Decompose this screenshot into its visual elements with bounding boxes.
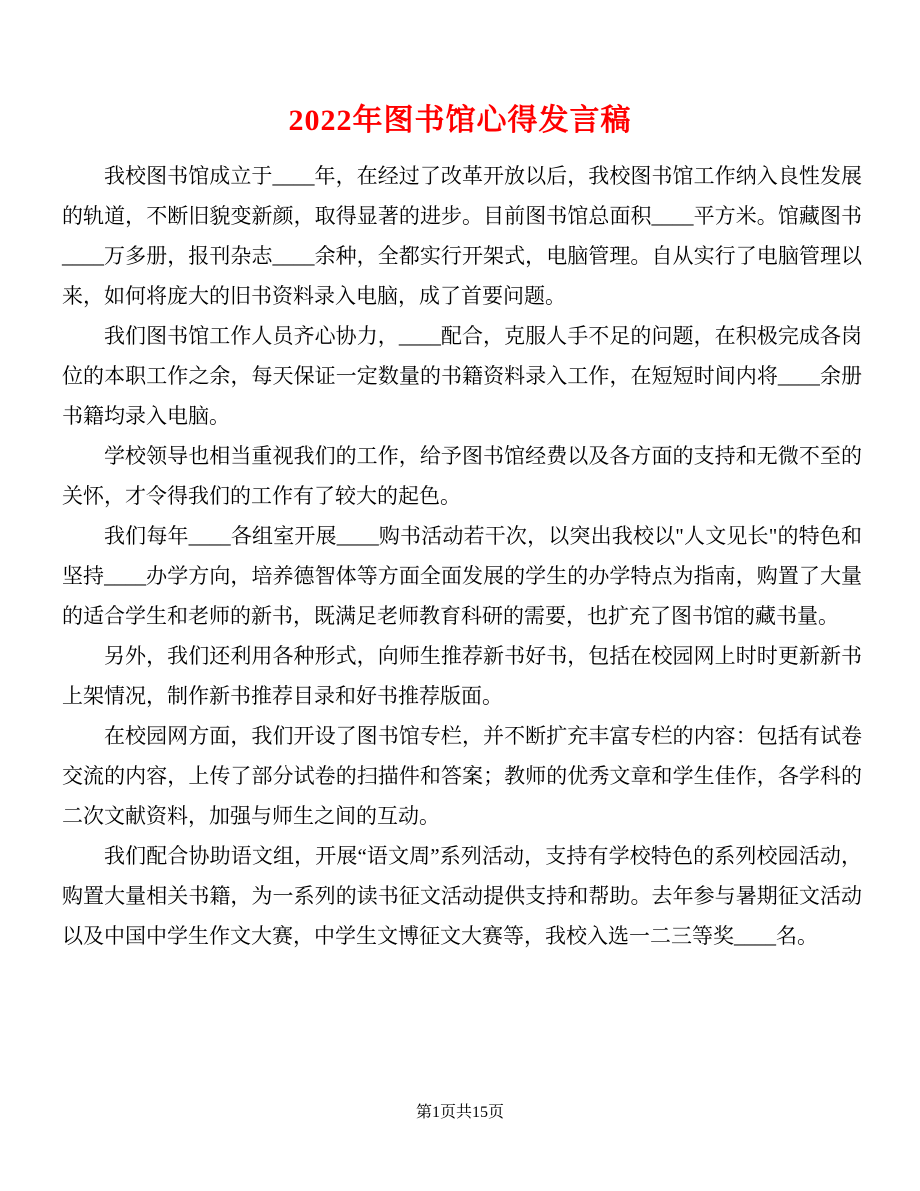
document-page: 2022年图书馆心得发言稿 我校图书馆成立于____年，在经过了改革开放以后，我…: [0, 0, 920, 1191]
paragraph-6: 在校园网方面，我们开设了图书馆专栏，并不断扩充丰富专栏的内容：包括有试卷交流的内…: [62, 716, 862, 836]
paragraph-2: 我们图书馆工作人员齐心协力，____配合，克服人手不足的问题，在积极完成各岗位的…: [62, 316, 862, 436]
paragraph-7: 我们配合协助语文组，开展“语文周”系列活动，支持有学校特色的系列校园活动，购置大…: [62, 836, 862, 956]
document-body: 我校图书馆成立于____年，在经过了改革开放以后，我校图书馆工作纳入良性发展的轨…: [0, 140, 920, 956]
document-title: 2022年图书馆心得发言稿: [0, 0, 920, 140]
paragraph-5: 另外，我们还利用各种形式，向师生推荐新书好书，包括在校园网上时时更新新书上架情况…: [62, 636, 862, 716]
paragraph-4: 我们每年____各组室开展____购书活动若干次，以突出我校以"人文见长"的特色…: [62, 516, 862, 636]
paragraph-1: 我校图书馆成立于____年，在经过了改革开放以后，我校图书馆工作纳入良性发展的轨…: [62, 156, 862, 316]
page-number: 第1页共15页: [0, 1101, 920, 1125]
paragraph-3: 学校领导也相当重视我们的工作，给予图书馆经费以及各方面的支持和无微不至的关怀，才…: [62, 436, 862, 516]
